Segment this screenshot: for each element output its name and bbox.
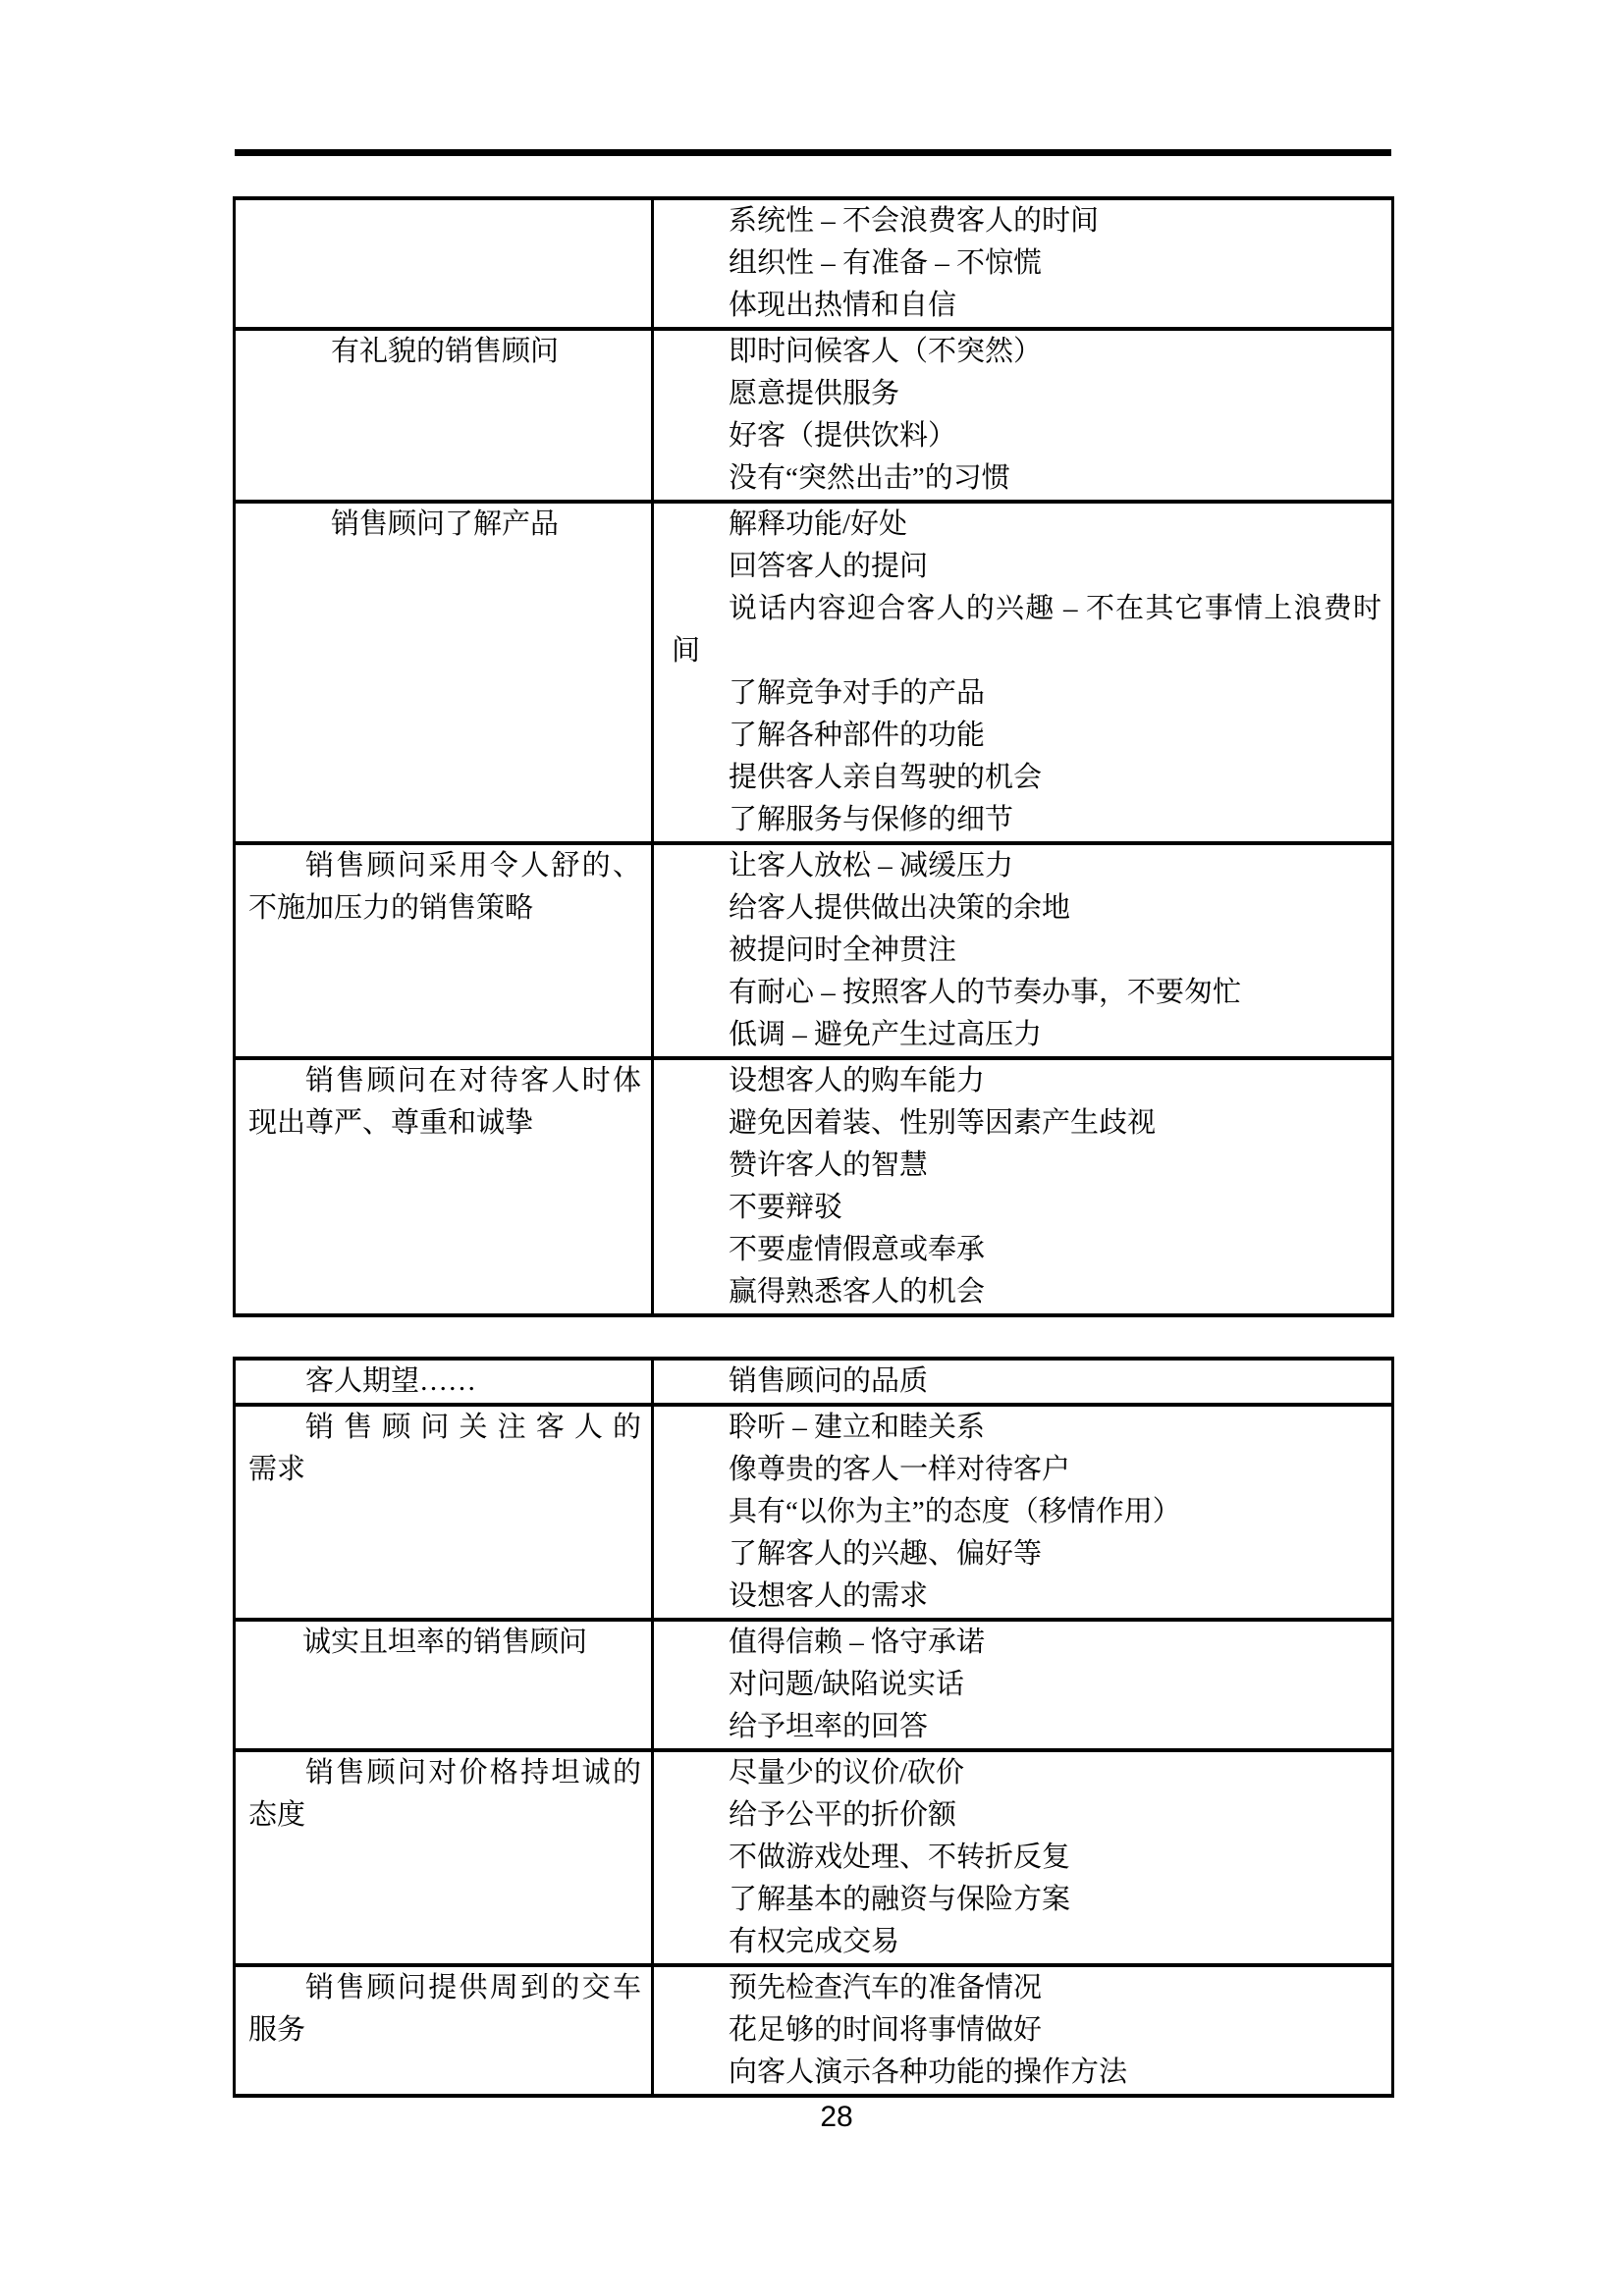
text-line: 现出尊严、尊重和诚挚: [248, 1102, 641, 1145]
text-line: 避免因着装、性别等因素产生歧视: [672, 1102, 1381, 1145]
text-line: 组织性 – 有准备 – 不惊慌: [672, 242, 1381, 285]
table-row: 销售顾问对价格持坦诚的态度尽量少的议价/砍价给予公平的折价额不做游戏处理、不转折…: [236, 1752, 1391, 1967]
text-line: 不要辩驳: [672, 1187, 1381, 1229]
cell-right: 解释功能/好处回答客人的提问说话内容迎合客人的兴趣 – 不在其它事情上浪费时间了…: [654, 504, 1391, 841]
text-line: 设想客人的购车能力: [672, 1060, 1381, 1102]
cell-right: 尽量少的议价/砍价给予公平的折价额不做游戏处理、不转折反复了解基本的融资与保险方…: [654, 1752, 1391, 1963]
text-line: 好客（提供饮料）: [672, 415, 1381, 457]
text-line: 了解各种部件的功能: [672, 715, 1381, 757]
cell-left: 销售顾问对价格持坦诚的态度: [236, 1752, 654, 1963]
cell-right: 即时问候客人（不突然）愿意提供服务好客（提供饮料）没有“突然出击”的习惯: [654, 331, 1391, 500]
document-page: 系统性 – 不会浪费客人的时间组织性 – 有准备 – 不惊慌体现出热情和自信有礼…: [0, 0, 1624, 2296]
header-rule: [235, 149, 1391, 156]
text-line: 销售顾问提供周到的交车: [248, 1967, 641, 2009]
text-line: 了解竞争对手的产品: [672, 672, 1381, 715]
text-line: 说话内容迎合客人的兴趣 – 不在其它事情上浪费时: [672, 588, 1381, 630]
text-line: 像尊贵的客人一样对待客户: [672, 1449, 1381, 1491]
text-line: 提供客人亲自驾驶的机会: [672, 757, 1381, 799]
text-line: 赞许客人的智慧: [672, 1145, 1381, 1187]
text-line: 聆听 – 建立和睦关系: [672, 1407, 1381, 1449]
text-line: 值得信赖 – 恪守承诺: [672, 1622, 1381, 1664]
table-row: 销售顾问了解产品解释功能/好处回答客人的提问说话内容迎合客人的兴趣 – 不在其它…: [236, 504, 1391, 845]
text-line: 客人期望……: [248, 1361, 641, 1403]
text-line: 了解基本的融资与保险方案: [672, 1879, 1381, 1921]
text-line: 解释功能/好处: [672, 504, 1381, 546]
text-line: 销售顾问的品质: [672, 1361, 1381, 1403]
table-header-row: 客人期望……销售顾问的品质: [236, 1361, 1391, 1407]
cell-left: 诚实且坦率的销售顾问: [236, 1622, 654, 1748]
table-row: 销售顾问在对待客人时体现出尊严、尊重和诚挚设想客人的购车能力避免因着装、性别等因…: [236, 1060, 1391, 1313]
text-line: 向客人演示各种功能的操作方法: [672, 2052, 1381, 2094]
text-line: 给予坦率的回答: [672, 1706, 1381, 1748]
text-line: 愿意提供服务: [672, 373, 1381, 415]
text-line: 给客人提供做出决策的余地: [672, 887, 1381, 930]
cell-left: [236, 200, 654, 327]
text-line: 间: [672, 630, 1381, 672]
table-row: 销售顾问提供周到的交车服务预先检查汽车的准备情况花足够的时间将事情做好向客人演示…: [236, 1967, 1391, 2094]
text-line: 了解服务与保修的细节: [672, 799, 1381, 841]
text-line: 需求: [248, 1449, 641, 1491]
text-line: 不施加压力的销售策略: [248, 887, 641, 930]
cell-right: 系统性 – 不会浪费客人的时间组织性 – 有准备 – 不惊慌体现出热情和自信: [654, 200, 1391, 327]
cell-right: 值得信赖 – 恪守承诺对问题/缺陷说实话给予坦率的回答: [654, 1622, 1391, 1748]
text-line: 服务: [248, 2009, 641, 2052]
text-line: 有耐心 – 按照客人的节奏办事，不要匆忙: [672, 972, 1381, 1014]
text-line: 对问题/缺陷说实话: [672, 1664, 1381, 1706]
text-line: 具有“以你为主”的态度（移情作用）: [672, 1491, 1381, 1533]
text-line: 回答客人的提问: [672, 546, 1381, 588]
text-line: 态度: [248, 1794, 641, 1837]
cell-right: 设想客人的购车能力避免因着装、性别等因素产生歧视赞许客人的智慧不要辩驳不要虚情假…: [654, 1060, 1391, 1313]
text-line: 设想客人的需求: [672, 1575, 1381, 1618]
text-line: 让客人放松 – 减缓压力: [672, 845, 1381, 887]
page-number: 28: [820, 2101, 852, 2134]
cell-right: 预先检查汽车的准备情况花足够的时间将事情做好向客人演示各种功能的操作方法: [654, 1967, 1391, 2094]
text-line: 预先检查汽车的准备情况: [672, 1967, 1381, 2009]
text-line: 给予公平的折价额: [672, 1794, 1381, 1837]
table-row: 销售顾问关注客人的需求聆听 – 建立和睦关系像尊贵的客人一样对待客户具有“以你为…: [236, 1407, 1391, 1622]
text-line: 有礼貌的销售顾问: [248, 331, 641, 373]
text-line: 没有“突然出击”的习惯: [672, 457, 1381, 500]
text-line: 诚实且坦率的销售顾问: [248, 1622, 641, 1664]
text-line: 不做游戏处理、不转折反复: [672, 1837, 1381, 1879]
sales-consultant-qualities-table-2: 客人期望……销售顾问的品质销售顾问关注客人的需求聆听 – 建立和睦关系像尊贵的客…: [233, 1357, 1394, 2098]
text-line: 销售顾问了解产品: [248, 504, 641, 546]
text-line: 销售顾问关注客人的: [248, 1407, 641, 1449]
table-row: 诚实且坦率的销售顾问值得信赖 – 恪守承诺对问题/缺陷说实话给予坦率的回答: [236, 1622, 1391, 1752]
text-line: 销售顾问在对待客人时体: [248, 1060, 641, 1102]
text-line: 销售顾问对价格持坦诚的: [248, 1752, 641, 1794]
cell-left: 有礼貌的销售顾问: [236, 331, 654, 500]
cell-right: 销售顾问的品质: [654, 1361, 1391, 1403]
text-line: 系统性 – 不会浪费客人的时间: [672, 200, 1381, 242]
cell-left: 销售顾问提供周到的交车服务: [236, 1967, 654, 2094]
cell-left: 销售顾问关注客人的需求: [236, 1407, 654, 1618]
cell-left: 销售顾问在对待客人时体现出尊严、尊重和诚挚: [236, 1060, 654, 1313]
table-row: 有礼貌的销售顾问即时问候客人（不突然）愿意提供服务好客（提供饮料）没有“突然出击…: [236, 331, 1391, 504]
cell-right: 聆听 – 建立和睦关系像尊贵的客人一样对待客户具有“以你为主”的态度（移情作用）…: [654, 1407, 1391, 1618]
cell-left: 销售顾问采用令人舒的、不施加压力的销售策略: [236, 845, 654, 1056]
text-line: 不要虚情假意或奉承: [672, 1229, 1381, 1271]
text-line: 销售顾问采用令人舒的、: [248, 845, 641, 887]
text-line: 尽量少的议价/砍价: [672, 1752, 1381, 1794]
cell-left: 客人期望……: [236, 1361, 654, 1403]
cell-right: 让客人放松 – 减缓压力给客人提供做出决策的余地被提问时全神贯注有耐心 – 按照…: [654, 845, 1391, 1056]
text-line: 花足够的时间将事情做好: [672, 2009, 1381, 2052]
sales-consultant-qualities-table-1: 系统性 – 不会浪费客人的时间组织性 – 有准备 – 不惊慌体现出热情和自信有礼…: [233, 196, 1394, 1317]
text-line: 有权完成交易: [672, 1921, 1381, 1963]
text-line: 体现出热情和自信: [672, 285, 1381, 327]
text-line: 了解客人的兴趣、偏好等: [672, 1533, 1381, 1575]
table-row: 销售顾问采用令人舒的、不施加压力的销售策略让客人放松 – 减缓压力给客人提供做出…: [236, 845, 1391, 1060]
text-line: 赢得熟悉客人的机会: [672, 1271, 1381, 1313]
text-line: 低调 – 避免产生过高压力: [672, 1014, 1381, 1056]
text-line: 即时问候客人（不突然）: [672, 331, 1381, 373]
cell-left: 销售顾问了解产品: [236, 504, 654, 841]
table-row: 系统性 – 不会浪费客人的时间组织性 – 有准备 – 不惊慌体现出热情和自信: [236, 200, 1391, 331]
text-line: 被提问时全神贯注: [672, 930, 1381, 972]
